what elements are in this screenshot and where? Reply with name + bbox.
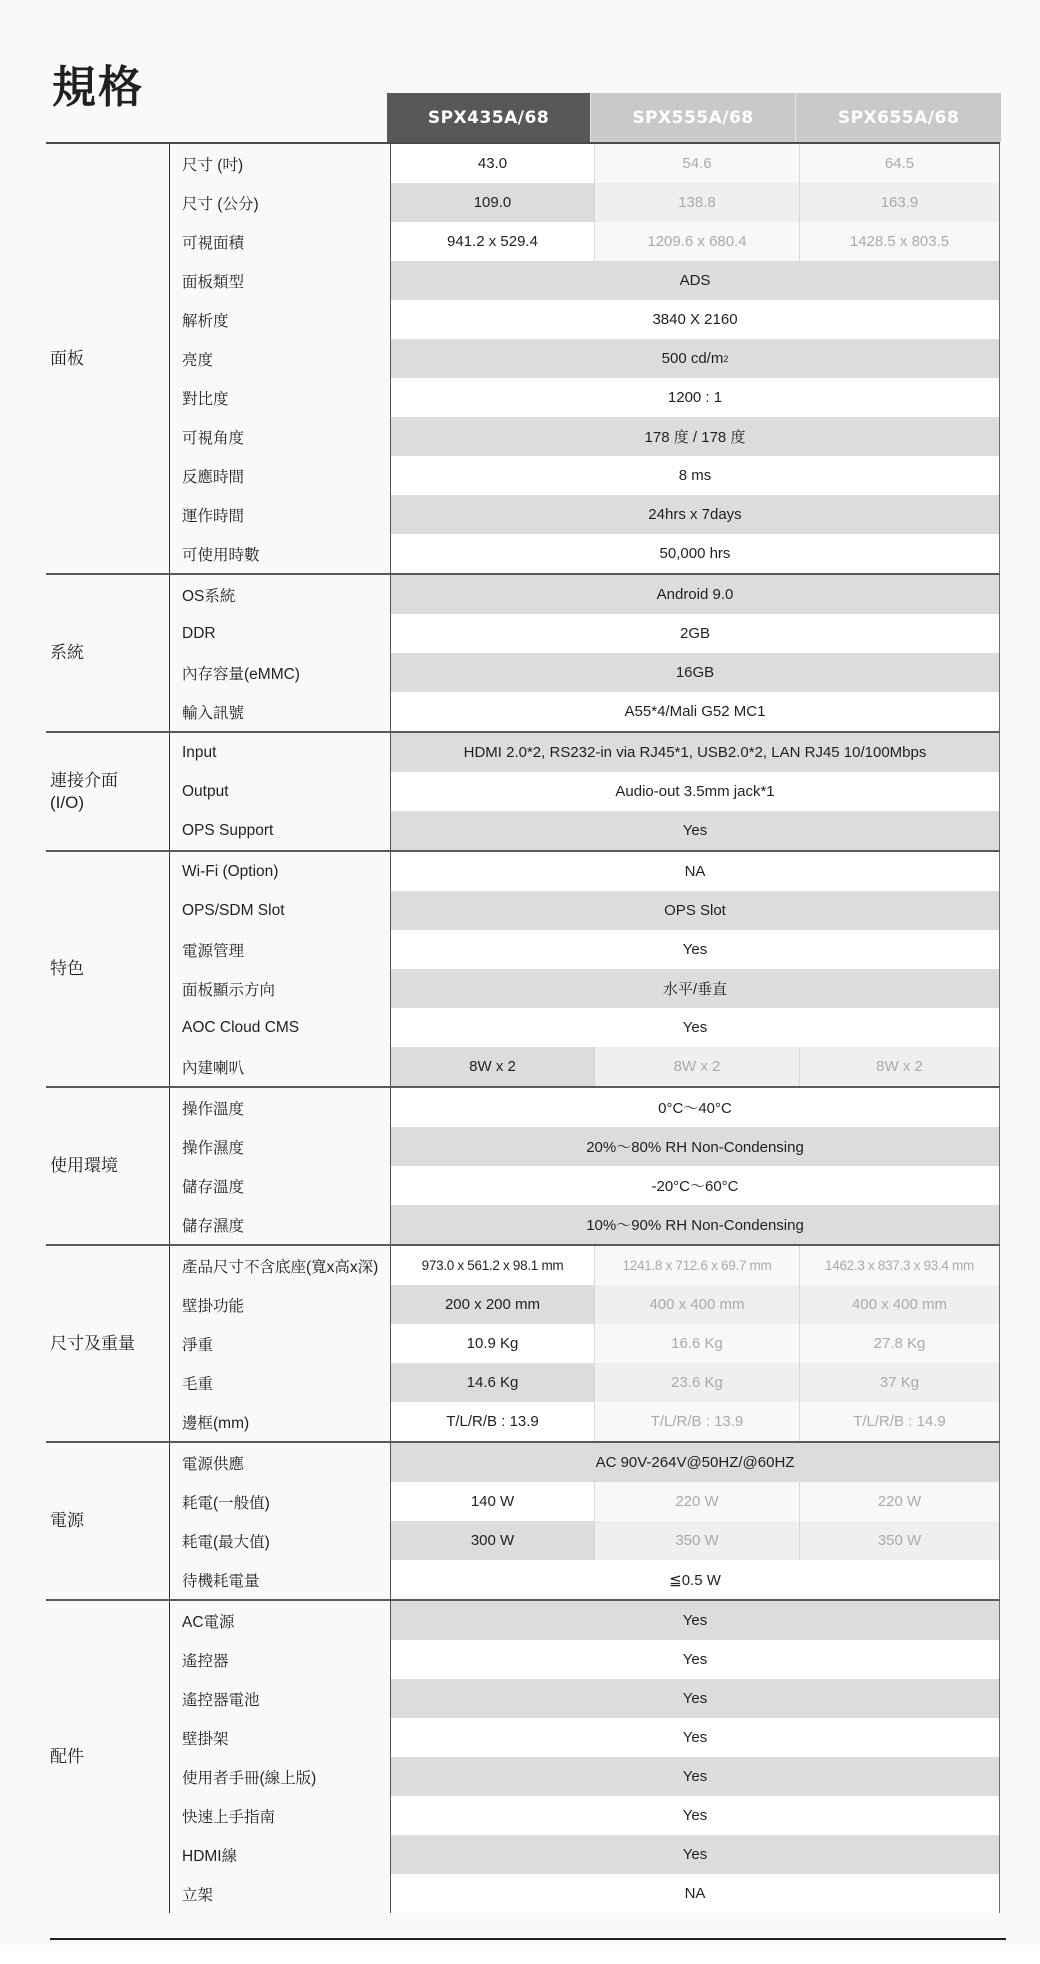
spec-page: 規格 SPX435A/68 SPX555A/68 SPX655A/68 面板尺寸…	[0, 0, 1040, 1945]
row-label: OPS/SDM Slot	[169, 891, 391, 930]
row-value-text: A55*4/Mali G52 MC1	[625, 703, 766, 720]
spec-section: 面板尺寸 (吋)43.054.664.5尺寸 (公分)109.0138.8163…	[46, 144, 1000, 575]
table-row: 快速上手指南Yes	[169, 1796, 1000, 1835]
row-label: 可使用時數	[169, 534, 391, 573]
row-value: Yes	[391, 1796, 1000, 1835]
table-row: 反應時間8 ms	[169, 456, 1000, 495]
section-label: 特色	[46, 852, 169, 1086]
row-value-text: Yes	[683, 1612, 707, 1629]
row-value-model-2: 1241.8 x 712.6 x 69.7 mm	[594, 1246, 799, 1285]
row-value: Yes	[391, 1718, 1000, 1757]
row-value-model-3: 163.9	[799, 183, 999, 222]
table-row: AOC Cloud CMSYes	[169, 1008, 1000, 1047]
row-value: Yes	[391, 1640, 1000, 1679]
row-label: 快速上手指南	[169, 1796, 391, 1835]
section-label: 電源	[46, 1443, 169, 1599]
row-value-model-3: 350 W	[799, 1521, 999, 1560]
table-row: 運作時間24hrs x 7days	[169, 495, 1000, 534]
row-value-model-3: 8W x 2	[799, 1047, 999, 1086]
row-value-text: ADS	[680, 272, 711, 289]
row-label: HDMI線	[169, 1835, 391, 1874]
superscript: 2	[723, 354, 728, 364]
row-value-model-1: 14.6 Kg	[391, 1363, 594, 1402]
spec-section: 尺寸及重量產品尺寸不含底座(寬x高x深)973.0 x 561.2 x 98.1…	[46, 1246, 1000, 1443]
table-row: 解析度3840 X 2160	[169, 300, 1000, 339]
table-row: 電源供應AC 90V-264V@50HZ/@60HZ	[169, 1443, 1000, 1482]
table-row: InputHDMI 2.0*2, RS232-in via RJ45*1, US…	[169, 733, 1000, 772]
row-label: 立架	[169, 1874, 391, 1913]
row-label: 尺寸 (吋)	[169, 144, 391, 183]
row-value-text: Yes	[683, 1768, 707, 1785]
table-row: 可使用時數50,000 hrs	[169, 534, 1000, 573]
row-value-text: 0°C～40°C	[658, 1097, 732, 1118]
table-row: 操作濕度20%～80% RH Non-Condensing	[169, 1127, 1000, 1166]
footer-divider	[50, 1938, 1006, 1940]
table-row: 內存容量(eMMC)16GB	[169, 653, 1000, 692]
row-value-text: Audio-out 3.5mm jack*1	[615, 783, 774, 800]
row-value: 8 ms	[391, 456, 1000, 495]
row-value: 178 度 / 178 度	[391, 417, 1000, 456]
table-row: 邊框(mm)T/L/R/B : 13.9T/L/R/B : 13.9T/L/R/…	[169, 1402, 1000, 1441]
table-row: OPS SupportYes	[169, 811, 1000, 850]
row-value-model-3: 220 W	[799, 1482, 999, 1521]
row-value-model-1: T/L/R/B : 13.9	[391, 1402, 594, 1441]
row-label: OPS Support	[169, 811, 391, 850]
row-value: OPS Slot	[391, 891, 1000, 930]
row-value-model-3: 37 Kg	[799, 1363, 999, 1402]
section-label: 系統	[46, 575, 169, 731]
row-value-model-1: 200 x 200 mm	[391, 1285, 594, 1324]
row-value-model-1: 8W x 2	[391, 1047, 594, 1086]
row-value: 24hrs x 7days	[391, 495, 1000, 534]
row-value-model-2: 23.6 Kg	[594, 1363, 799, 1402]
row-value-model-2: 350 W	[594, 1521, 799, 1560]
row-label: 操作溫度	[169, 1088, 391, 1127]
table-row: 面板顯示方向水平/垂直	[169, 969, 1000, 1008]
row-value-model-3: 27.8 Kg	[799, 1324, 999, 1363]
row-value: 1200 : 1	[391, 378, 1000, 417]
row-value-model-2: 1209.6 x 680.4	[594, 222, 799, 261]
row-value: NA	[391, 1874, 1000, 1913]
table-row: 亮度500 cd/m2	[169, 339, 1000, 378]
row-value-text: 20%～80% RH Non-Condensing	[586, 1136, 804, 1157]
page-title: 規格	[52, 60, 144, 116]
row-label: AOC Cloud CMS	[169, 1008, 391, 1047]
row-value-text: 1200 : 1	[668, 389, 722, 406]
spec-section: 電源電源供應AC 90V-264V@50HZ/@60HZ耗電(一般值)140 W…	[46, 1443, 1000, 1601]
row-value-model-3: 1428.5 x 803.5	[799, 222, 999, 261]
table-row: 面板類型ADS	[169, 261, 1000, 300]
row-value-model-2: 138.8	[594, 183, 799, 222]
table-row: DDR2GB	[169, 614, 1000, 653]
row-value: A55*4/Mali G52 MC1	[391, 692, 1000, 731]
row-label: 待機耗電量	[169, 1560, 391, 1599]
row-value: Android 9.0	[391, 575, 1000, 614]
spec-table: 面板尺寸 (吋)43.054.664.5尺寸 (公分)109.0138.8163…	[46, 142, 1000, 1913]
row-value: ADS	[391, 261, 1000, 300]
table-row: HDMI線Yes	[169, 1835, 1000, 1874]
row-value: Audio-out 3.5mm jack*1	[391, 772, 1000, 811]
row-value-text: NA	[685, 1885, 706, 1902]
row-value-model-1: 109.0	[391, 183, 594, 222]
row-value-text: Yes	[683, 1690, 707, 1707]
row-value-model-2: 8W x 2	[594, 1047, 799, 1086]
section-label: 尺寸及重量	[46, 1246, 169, 1441]
row-value-text: Yes	[683, 1729, 707, 1746]
table-row: Wi-Fi (Option)NA	[169, 852, 1000, 891]
row-label: 儲存濕度	[169, 1205, 391, 1244]
table-row: 產品尺寸不含底座(寬x高x深)973.0 x 561.2 x 98.1 mm12…	[169, 1246, 1000, 1285]
row-label: 解析度	[169, 300, 391, 339]
table-row: 可視角度178 度 / 178 度	[169, 417, 1000, 456]
row-label: 毛重	[169, 1363, 391, 1402]
table-row: 耗電(一般值)140 W220 W220 W	[169, 1482, 1000, 1521]
row-value-text: Yes	[683, 1651, 707, 1668]
section-label: 連接介面 (I/O)	[46, 733, 169, 850]
row-label: 面板顯示方向	[169, 969, 391, 1008]
row-value-model-2: 220 W	[594, 1482, 799, 1521]
model-header-2: SPX555A/68	[590, 93, 795, 142]
row-value-text: Yes	[683, 822, 707, 839]
row-label: 可視角度	[169, 417, 391, 456]
row-value-text: HDMI 2.0*2, RS232-in via RJ45*1, USB2.0*…	[464, 744, 927, 761]
table-row: 淨重10.9 Kg16.6 Kg27.8 Kg	[169, 1324, 1000, 1363]
row-label: 運作時間	[169, 495, 391, 534]
table-row: 立架NA	[169, 1874, 1000, 1913]
row-value: Yes	[391, 1679, 1000, 1718]
row-value: Yes	[391, 811, 1000, 850]
row-label: 壁掛架	[169, 1718, 391, 1757]
row-label: 內建喇叭	[169, 1047, 391, 1086]
row-value-model-3: 1462.3 x 837.3 x 93.4 mm	[799, 1246, 999, 1285]
table-row: 內建喇叭8W x 28W x 28W x 2	[169, 1047, 1000, 1086]
table-row: 儲存溫度-20°C～60°C	[169, 1166, 1000, 1205]
row-value: Yes	[391, 1835, 1000, 1874]
row-value-text: 2GB	[680, 625, 710, 642]
table-row: 壁掛架Yes	[169, 1718, 1000, 1757]
row-label: 電源供應	[169, 1443, 391, 1482]
row-label: 耗電(最大值)	[169, 1521, 391, 1560]
row-value-text: Yes	[683, 941, 707, 958]
table-row: 操作溫度0°C～40°C	[169, 1088, 1000, 1127]
row-label: 電源管理	[169, 930, 391, 969]
row-value-text: 178 度 / 178 度	[645, 426, 746, 447]
row-value-text: 500 cd/m	[662, 350, 724, 367]
row-value-model-1: 43.0	[391, 144, 594, 183]
spec-section: 使用環境操作溫度0°C～40°C操作濕度20%～80% RH Non-Conde…	[46, 1088, 1000, 1246]
model-header: SPX435A/68 SPX555A/68 SPX655A/68	[387, 93, 1001, 142]
row-label: Wi-Fi (Option)	[169, 852, 391, 891]
row-value-model-3: 400 x 400 mm	[799, 1285, 999, 1324]
row-label: 面板類型	[169, 261, 391, 300]
model-header-3: SPX655A/68	[795, 93, 1001, 142]
row-value: 20%～80% RH Non-Condensing	[391, 1127, 1000, 1166]
row-label: DDR	[169, 614, 391, 653]
row-value-text: ≦0.5 W	[669, 1571, 721, 1589]
row-value: ≦0.5 W	[391, 1560, 1000, 1599]
model-header-1: SPX435A/68	[387, 93, 590, 142]
row-value-model-2: 16.6 Kg	[594, 1324, 799, 1363]
row-value: 0°C～40°C	[391, 1088, 1000, 1127]
row-value-text: 8 ms	[679, 467, 712, 484]
row-value-text: 50,000 hrs	[660, 545, 731, 562]
table-row: 輸入訊號A55*4/Mali G52 MC1	[169, 692, 1000, 731]
row-value-model-3: 64.5	[799, 144, 999, 183]
row-label: Output	[169, 772, 391, 811]
section-label: 面板	[46, 144, 169, 573]
table-row: 耗電(最大值)300 W350 W350 W	[169, 1521, 1000, 1560]
row-label: 淨重	[169, 1324, 391, 1363]
row-value: AC 90V-264V@50HZ/@60HZ	[391, 1443, 1000, 1482]
row-value-text: 24hrs x 7days	[648, 506, 741, 523]
row-value-text: -20°C～60°C	[651, 1175, 738, 1196]
row-label: 內存容量(eMMC)	[169, 653, 391, 692]
row-value: 16GB	[391, 653, 1000, 692]
row-value-model-1: 140 W	[391, 1482, 594, 1521]
spec-section: 連接介面 (I/O)InputHDMI 2.0*2, RS232-in via …	[46, 733, 1000, 852]
row-value: Yes	[391, 1601, 1000, 1640]
row-value-text: 16GB	[676, 664, 714, 681]
row-label: OS系統	[169, 575, 391, 614]
row-label: 反應時間	[169, 456, 391, 495]
spec-section: 配件AC電源Yes遙控器Yes遙控器電池Yes壁掛架Yes使用者手冊(線上版)Y…	[46, 1601, 1000, 1913]
row-value: 3840 X 2160	[391, 300, 1000, 339]
row-value-text: Yes	[683, 1019, 707, 1036]
table-row: AC電源Yes	[169, 1601, 1000, 1640]
row-value: 水平/垂直	[391, 969, 1000, 1008]
row-value-model-1: 941.2 x 529.4	[391, 222, 594, 261]
row-value: 500 cd/m2	[391, 339, 1000, 378]
row-value-model-1: 973.0 x 561.2 x 98.1 mm	[391, 1246, 594, 1285]
row-label: 亮度	[169, 339, 391, 378]
row-value-text: 10%～90% RH Non-Condensing	[586, 1214, 804, 1235]
row-value-text: AC 90V-264V@50HZ/@60HZ	[596, 1454, 795, 1471]
row-value: NA	[391, 852, 1000, 891]
table-row: OPS/SDM SlotOPS Slot	[169, 891, 1000, 930]
spec-section: 特色Wi-Fi (Option)NAOPS/SDM SlotOPS Slot電源…	[46, 852, 1000, 1088]
row-value-text: Android 9.0	[657, 586, 734, 603]
table-row: 遙控器Yes	[169, 1640, 1000, 1679]
row-value-text: 3840 X 2160	[652, 311, 737, 328]
row-value-model-2: 400 x 400 mm	[594, 1285, 799, 1324]
row-value-text: Yes	[683, 1807, 707, 1824]
table-row: 對比度1200 : 1	[169, 378, 1000, 417]
table-row: 可視面積941.2 x 529.41209.6 x 680.41428.5 x …	[169, 222, 1000, 261]
row-value-text: OPS Slot	[664, 902, 726, 919]
row-label: 遙控器電池	[169, 1679, 391, 1718]
table-row: 待機耗電量≦0.5 W	[169, 1560, 1000, 1599]
row-value-model-1: 300 W	[391, 1521, 594, 1560]
section-label: 使用環境	[46, 1088, 169, 1244]
row-value-text: 水平/垂直	[663, 978, 727, 999]
row-value: Yes	[391, 1757, 1000, 1796]
table-row: 壁掛功能200 x 200 mm400 x 400 mm400 x 400 mm	[169, 1285, 1000, 1324]
row-label: 邊框(mm)	[169, 1402, 391, 1441]
table-row: 毛重14.6 Kg23.6 Kg37 Kg	[169, 1363, 1000, 1402]
row-value: Yes	[391, 1008, 1000, 1047]
row-label: 可視面積	[169, 222, 391, 261]
table-row: 遙控器電池Yes	[169, 1679, 1000, 1718]
row-value-model-3: T/L/R/B : 14.9	[799, 1402, 999, 1441]
row-value-model-2: T/L/R/B : 13.9	[594, 1402, 799, 1441]
row-label: AC電源	[169, 1601, 391, 1640]
row-value-text: NA	[685, 863, 706, 880]
table-row: 儲存濕度10%～90% RH Non-Condensing	[169, 1205, 1000, 1244]
table-row: 尺寸 (公分)109.0138.8163.9	[169, 183, 1000, 222]
row-label: 儲存溫度	[169, 1166, 391, 1205]
row-label: 輸入訊號	[169, 692, 391, 731]
row-value-text: Yes	[683, 1846, 707, 1863]
row-label: 對比度	[169, 378, 391, 417]
row-value: 50,000 hrs	[391, 534, 1000, 573]
row-label: 操作濕度	[169, 1127, 391, 1166]
table-row: 使用者手冊(線上版)Yes	[169, 1757, 1000, 1796]
row-label: 使用者手冊(線上版)	[169, 1757, 391, 1796]
row-value: 10%～90% RH Non-Condensing	[391, 1205, 1000, 1244]
spec-section: 系統OS系統Android 9.0DDR2GB內存容量(eMMC)16GB輸入訊…	[46, 575, 1000, 733]
table-row: 電源管理Yes	[169, 930, 1000, 969]
row-value-model-2: 54.6	[594, 144, 799, 183]
row-label: Input	[169, 733, 391, 772]
table-row: 尺寸 (吋)43.054.664.5	[169, 144, 1000, 183]
row-value: -20°C～60°C	[391, 1166, 1000, 1205]
row-value: Yes	[391, 930, 1000, 969]
section-label: 配件	[46, 1601, 169, 1913]
row-value: HDMI 2.0*2, RS232-in via RJ45*1, USB2.0*…	[391, 733, 1000, 772]
row-label: 壁掛功能	[169, 1285, 391, 1324]
row-label: 產品尺寸不含底座(寬x高x深)	[169, 1246, 391, 1285]
row-value-model-1: 10.9 Kg	[391, 1324, 594, 1363]
table-row: OutputAudio-out 3.5mm jack*1	[169, 772, 1000, 811]
table-row: OS系統Android 9.0	[169, 575, 1000, 614]
row-label: 耗電(一般值)	[169, 1482, 391, 1521]
row-value: 2GB	[391, 614, 1000, 653]
row-label: 遙控器	[169, 1640, 391, 1679]
row-label: 尺寸 (公分)	[169, 183, 391, 222]
